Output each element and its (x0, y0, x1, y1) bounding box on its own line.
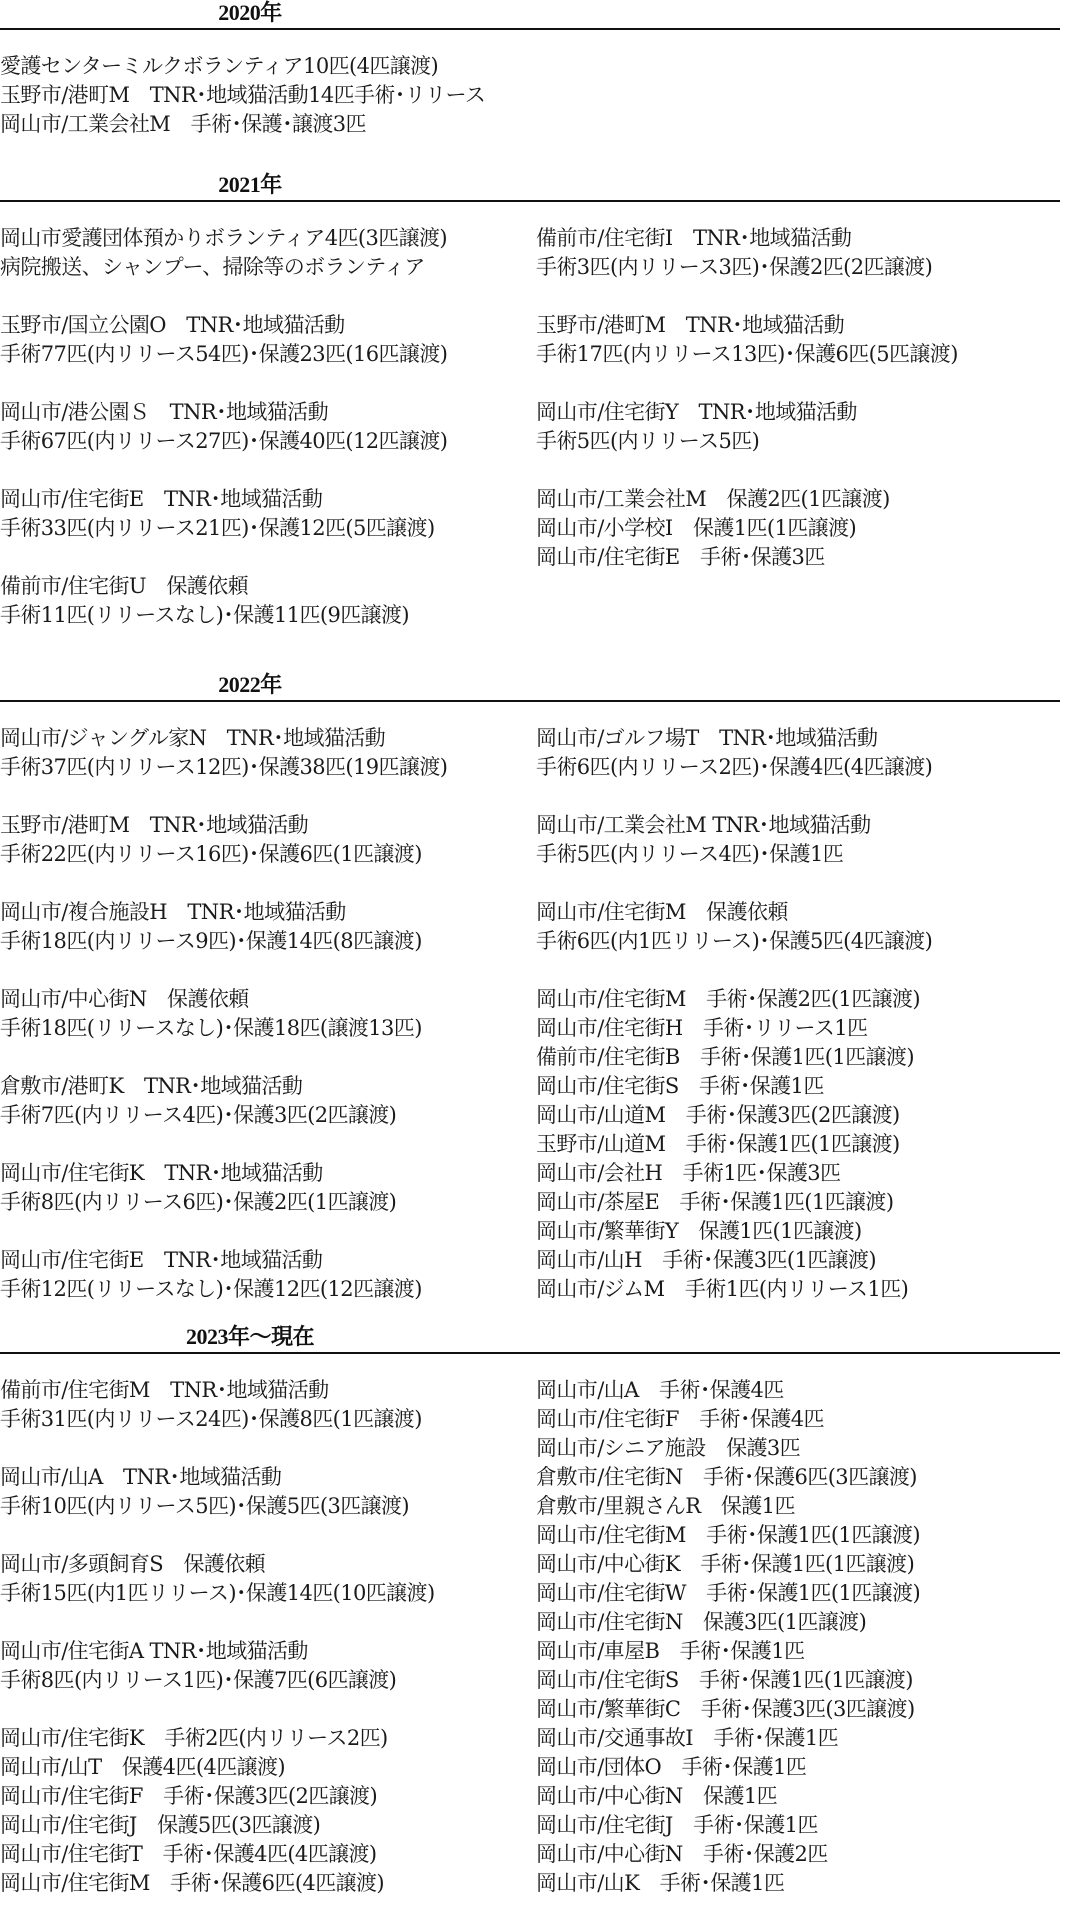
section-2023-present: 2023年～現在 備前市/住宅街M TNR･地域猫活動 手術31匹(内リリース2… (0, 1324, 1080, 1354)
record-line: 岡山市/中心街K 手術･保護1匹(1匹譲渡) (536, 1550, 1076, 1579)
record-line: 岡山市/工業会社M 保護2匹(1匹譲渡) (536, 485, 1076, 514)
record-line: 岡山市/車屋B 手術･保護1匹 (536, 1637, 1076, 1666)
record-line: 手術8匹(内リリース6匹)･保護2匹(1匹譲渡) (0, 1188, 530, 1217)
record-line: 玉野市/国立公園O TNR･地域猫活動 (0, 311, 530, 340)
record-line: 岡山市/住宅街J 保護5匹(3匹譲渡) (0, 1811, 530, 1840)
record-line: 倉敷市/港町K TNR･地域猫活動 (0, 1072, 530, 1101)
record-line: 岡山市/住宅街T 手術･保護4匹(4匹譲渡) (0, 1840, 530, 1869)
record-line: 手術6匹(内1匹リリース)･保護5匹(4匹譲渡) (536, 927, 1076, 956)
year-header: 2022年 (0, 672, 1060, 702)
record-line: 岡山市/複合施設H TNR･地域猫活動 (0, 898, 530, 927)
record-line: 岡山市/シニア施設 保護3匹 (536, 1434, 1076, 1463)
record-line: 岡山市/繁華街C 手術･保護3匹(3匹譲渡) (536, 1695, 1076, 1724)
record-line: 手術12匹(リリースなし)･保護12匹(12匹譲渡) (0, 1275, 530, 1304)
record-line: 岡山市/住宅街F 手術･保護3匹(2匹譲渡) (0, 1782, 530, 1811)
record-line: 岡山市/中心街N 手術･保護2匹 (536, 1840, 1076, 1869)
record-line: 倉敷市/里親さんR 保護1匹 (536, 1492, 1076, 1521)
right-column: 備前市/住宅街I TNR･地域猫活動 手術3匹(内リリース3匹)･保護2匹(2匹… (536, 224, 1076, 572)
record-line: 岡山市/繁華街Y 保護1匹(1匹譲渡) (536, 1217, 1076, 1246)
left-column: 岡山市/ジャングル家N TNR･地域猫活動 手術37匹(内リリース12匹)･保護… (0, 724, 530, 1304)
record-line: 手術18匹(リリースなし)･保護18匹(譲渡13匹) (0, 1014, 530, 1043)
record-line: 手術31匹(内リリース24匹)･保護8匹(1匹譲渡) (0, 1405, 530, 1434)
record-line: 手術10匹(内リリース5匹)･保護5匹(3匹譲渡) (0, 1492, 530, 1521)
year-title: 2020年 (0, 0, 500, 27)
record-line: 手術33匹(内リリース21匹)･保護12匹(5匹譲渡) (0, 514, 530, 543)
record-line: 手術11匹(リリースなし)･保護11匹(9匹譲渡) (0, 601, 530, 630)
left-column: 愛護センターミルクボランティア10匹(4匹譲渡) 玉野市/港町M TNR･地域猫… (0, 52, 530, 139)
record-line: 手術5匹(内リリース4匹)･保護1匹 (536, 840, 1076, 869)
record-line: 岡山市/工業会社M 手術･保護･譲渡3匹 (0, 110, 530, 139)
record-line: 手術37匹(内リリース12匹)･保護38匹(19匹譲渡) (0, 753, 530, 782)
year-header: 2020年 (0, 0, 1060, 30)
section-2020: 2020年 愛護センターミルクボランティア10匹(4匹譲渡) 玉野市/港町M T… (0, 0, 1080, 30)
year-title: 2022年 (0, 668, 500, 699)
record-line: 岡山市/住宅街H 手術･リリース1匹 (536, 1014, 1076, 1043)
record-line: 玉野市/港町M TNR･地域猫活動14匹手術･リリース (0, 81, 530, 110)
record-line: 手術6匹(内リリース2匹)･保護4匹(4匹譲渡) (536, 753, 1076, 782)
record-line: 手術7匹(内リリース4匹)･保護3匹(2匹譲渡) (0, 1101, 530, 1130)
record-line: 玉野市/港町M TNR･地域猫活動 (0, 811, 530, 840)
record-line: 岡山市/港公園Ｓ TNR･地域猫活動 (0, 398, 530, 427)
record-line: 岡山市/団体O 手術･保護1匹 (536, 1753, 1076, 1782)
record-line: 手術67匹(内リリース27匹)･保護40匹(12匹譲渡) (0, 427, 530, 456)
record-line: 岡山市/住宅街M 手術･保護1匹(1匹譲渡) (536, 1521, 1076, 1550)
record-line: 手術77匹(内リリース54匹)･保護23匹(16匹譲渡) (0, 340, 530, 369)
record-line: 玉野市/山道M 手術･保護1匹(1匹譲渡) (536, 1130, 1076, 1159)
year-title: 2021年 (0, 168, 500, 199)
record-line: 岡山市/住宅街K TNR･地域猫活動 (0, 1159, 530, 1188)
left-column: 岡山市愛護団体預かりボランティア4匹(3匹譲渡) 病院搬送、シャンプー、掃除等の… (0, 224, 530, 630)
record-line: 岡山市/ゴルフ場T TNR･地域猫活動 (536, 724, 1076, 753)
record-line: 岡山市/工業会社M TNR･地域猫活動 (536, 811, 1076, 840)
record-line: 手術8匹(内リリース1匹)･保護7匹(6匹譲渡) (0, 1666, 530, 1695)
record-line: 手術22匹(内リリース16匹)･保護6匹(1匹譲渡) (0, 840, 530, 869)
record-line: 岡山市/茶屋E 手術･保護1匹(1匹譲渡) (536, 1188, 1076, 1217)
record-line: 備前市/住宅街B 手術･保護1匹(1匹譲渡) (536, 1043, 1076, 1072)
record-line: 岡山市/山A 手術･保護4匹 (536, 1376, 1076, 1405)
record-line: 岡山市/山A TNR･地域猫活動 (0, 1463, 530, 1492)
year-header: 2023年～現在 (0, 1324, 1060, 1354)
record-line: 備前市/住宅街I TNR･地域猫活動 (536, 224, 1076, 253)
section-2021: 2021年 岡山市愛護団体預かりボランティア4匹(3匹譲渡) 病院搬送、シャンプ… (0, 172, 1080, 202)
record-line: 手術18匹(内リリース9匹)･保護14匹(8匹譲渡) (0, 927, 530, 956)
record-line: 岡山市/住宅街J 手術･保護1匹 (536, 1811, 1076, 1840)
right-column: 岡山市/ゴルフ場T TNR･地域猫活動 手術6匹(内リリース2匹)･保護4匹(4… (536, 724, 1076, 1304)
record-line: 岡山市/住宅街S 手術･保護1匹 (536, 1072, 1076, 1101)
record-line: 病院搬送、シャンプー、掃除等のボランティア (0, 253, 530, 282)
record-line: 岡山市/山道M 手術･保護3匹(2匹譲渡) (536, 1101, 1076, 1130)
record-line: 岡山市/住宅街S 手術･保護1匹(1匹譲渡) (536, 1666, 1076, 1695)
record-line: 岡山市/中心街N 保護1匹 (536, 1782, 1076, 1811)
record-line: 岡山市/会社H 手術1匹･保護3匹 (536, 1159, 1076, 1188)
year-header: 2021年 (0, 172, 1060, 202)
record-line: 岡山市/住宅街W 手術･保護1匹(1匹譲渡) (536, 1579, 1076, 1608)
record-line: 岡山市/住宅街F 手術･保護4匹 (536, 1405, 1076, 1434)
record-line: 岡山市/ジャングル家N TNR･地域猫活動 (0, 724, 530, 753)
record-line: 岡山市愛護団体預かりボランティア4匹(3匹譲渡) (0, 224, 530, 253)
record-line: 岡山市/住宅街E 手術･保護3匹 (536, 543, 1076, 572)
record-line: 岡山市/住宅街M 手術･保護6匹(4匹譲渡) (0, 1869, 530, 1898)
record-line: 岡山市/住宅街E TNR･地域猫活動 (0, 1246, 530, 1275)
record-line: 岡山市/住宅街A TNR･地域猫活動 (0, 1637, 530, 1666)
right-column: 岡山市/山A 手術･保護4匹 岡山市/住宅街F 手術･保護4匹 岡山市/シニア施… (536, 1376, 1076, 1898)
record-line: 岡山市/小学校I 保護1匹(1匹譲渡) (536, 514, 1076, 543)
section-2022: 2022年 岡山市/ジャングル家N TNR･地域猫活動 手術37匹(内リリース1… (0, 672, 1080, 702)
record-line: 玉野市/港町M TNR･地域猫活動 (536, 311, 1076, 340)
record-line: 岡山市/山H 手術･保護3匹(1匹譲渡) (536, 1246, 1076, 1275)
left-column: 備前市/住宅街M TNR･地域猫活動 手術31匹(内リリース24匹)･保護8匹(… (0, 1376, 530, 1898)
record-line: 岡山市/山K 手術･保護1匹 (536, 1869, 1076, 1898)
record-line: 手術5匹(内リリース5匹) (536, 427, 1076, 456)
record-line: 岡山市/住宅街E TNR･地域猫活動 (0, 485, 530, 514)
record-line: 手術15匹(内1匹リリース)･保護14匹(10匹譲渡) (0, 1579, 530, 1608)
record-line: 岡山市/住宅街Y TNR･地域猫活動 (536, 398, 1076, 427)
record-line: 岡山市/多頭飼育S 保護依頼 (0, 1550, 530, 1579)
record-line: 岡山市/住宅街M 手術･保護2匹(1匹譲渡) (536, 985, 1076, 1014)
record-line: 倉敷市/住宅街N 手術･保護6匹(3匹譲渡) (536, 1463, 1076, 1492)
record-line: 岡山市/交通事故I 手術･保護1匹 (536, 1724, 1076, 1753)
record-line: 手術3匹(内リリース3匹)･保護2匹(2匹譲渡) (536, 253, 1076, 282)
record-line: 岡山市/ジムM 手術1匹(内リリース1匹) (536, 1275, 1076, 1304)
record-line: 備前市/住宅街M TNR･地域猫活動 (0, 1376, 530, 1405)
record-line: 岡山市/山T 保護4匹(4匹譲渡) (0, 1753, 530, 1782)
record-line: 岡山市/住宅街N 保護3匹(1匹譲渡) (536, 1608, 1076, 1637)
record-line: 手術17匹(内リリース13匹)･保護6匹(5匹譲渡) (536, 340, 1076, 369)
record-line: 愛護センターミルクボランティア10匹(4匹譲渡) (0, 52, 530, 81)
year-title: 2023年～現在 (0, 1320, 500, 1351)
record-line: 岡山市/中心街N 保護依頼 (0, 985, 530, 1014)
record-line: 岡山市/住宅街K 手術2匹(内リリース2匹) (0, 1724, 530, 1753)
record-line: 岡山市/住宅街M 保護依頼 (536, 898, 1076, 927)
record-line: 備前市/住宅街U 保護依頼 (0, 572, 530, 601)
